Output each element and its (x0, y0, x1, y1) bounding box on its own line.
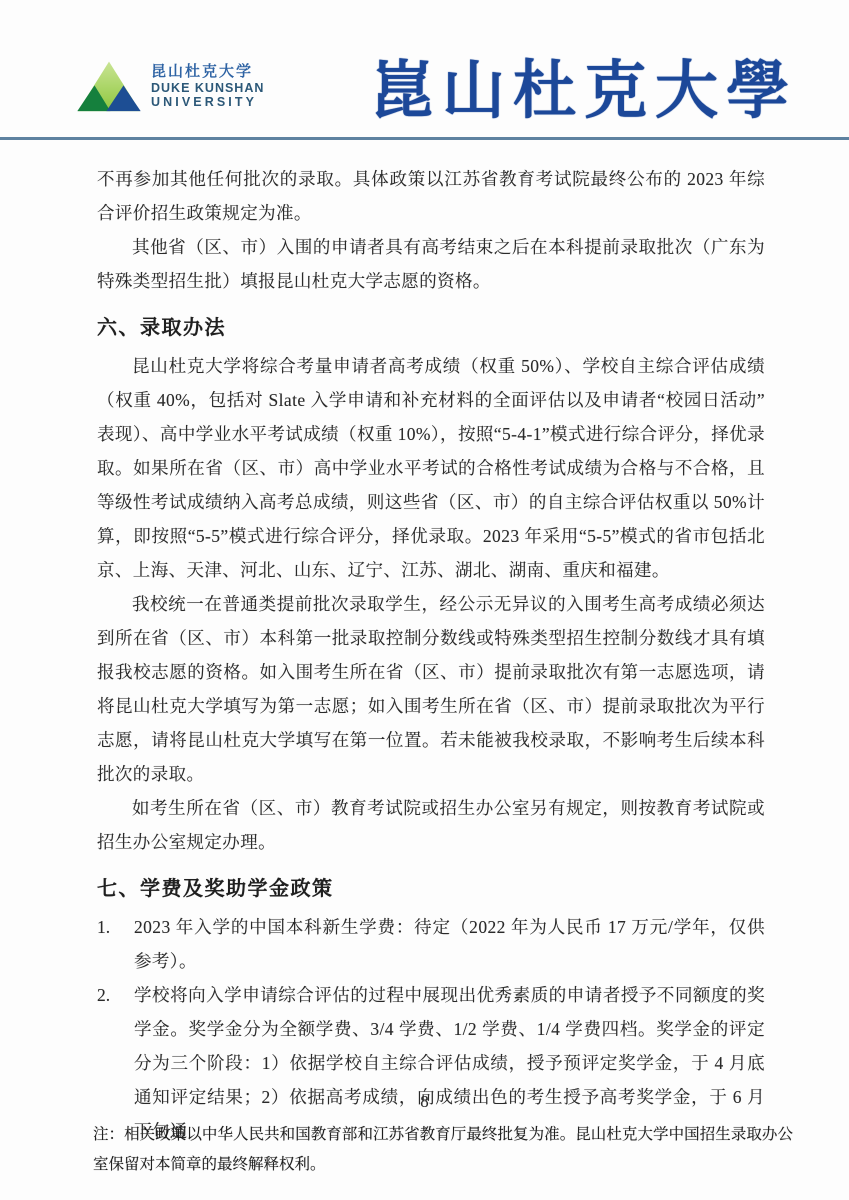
section6-heading: 六、录取办法 (97, 314, 765, 342)
section6-paragraph-2: 我校统一在普通类提前批次录取学生，经公示无异议的入围考生高考成绩必须达到所在省（… (97, 587, 765, 791)
paragraph-other-provinces: 其他省（区、市）入围的申请者具有高考结束之后在本科提前录取批次（广东为特殊类型招… (97, 230, 765, 298)
calligraphy-title: 崑山杜克大學 (371, 40, 797, 131)
mountain-logo-icon (76, 56, 142, 116)
section6-paragraph-1: 昆山杜克大学将综合考量申请者高考成绩（权重 50%）、学校自主综合评估成绩（权重… (97, 349, 765, 587)
section7-list: 1. 2023 年入学的中国本科新生学费：待定（2022 年为人民币 17 万元… (97, 910, 765, 1148)
logo-english-name-line1: DUKE KUNSHAN (151, 81, 264, 96)
footer-note: 注：相关政策以中华人民共和国教育部和江苏省教育厅最终批复为准。昆山杜克大学中国招… (93, 1120, 793, 1180)
list-item-text: 2023 年入学的中国本科新生学费：待定（2022 年为人民币 17 万元/学年… (134, 910, 765, 978)
logo-wordmark: 昆山杜克大学 DUKE KUNSHAN UNIVERSITY (151, 63, 264, 110)
logo-chinese-name: 昆山杜克大学 (151, 63, 264, 81)
section6-paragraph-3: 如考生所在省（区、市）教育考试院或招生办公室另有规定，则按教育考试院或招生办公室… (97, 791, 765, 859)
list-item-number: 1. (97, 910, 134, 978)
logo-english-name-line2: UNIVERSITY (151, 95, 264, 110)
list-item: 1. 2023 年入学的中国本科新生学费：待定（2022 年为人民币 17 万元… (97, 910, 765, 978)
paragraph-continuation: 不再参加其他任何批次的录取。具体政策以江苏省教育考试院最终公布的 2023 年综… (97, 162, 765, 230)
dku-logo: 昆山杜克大学 DUKE KUNSHAN UNIVERSITY (76, 56, 264, 116)
document-body: 不再参加其他任何批次的录取。具体政策以江苏省教育考试院最终公布的 2023 年综… (97, 162, 765, 1148)
document-page: 昆山杜克大学 DUKE KUNSHAN UNIVERSITY 崑山杜克大學 不再… (0, 0, 849, 1200)
page-header: 昆山杜克大学 DUKE KUNSHAN UNIVERSITY 崑山杜克大學 (0, 0, 849, 140)
section7-heading: 七、学费及奖助学金政策 (97, 875, 765, 903)
page-number: 8 (0, 1092, 849, 1112)
